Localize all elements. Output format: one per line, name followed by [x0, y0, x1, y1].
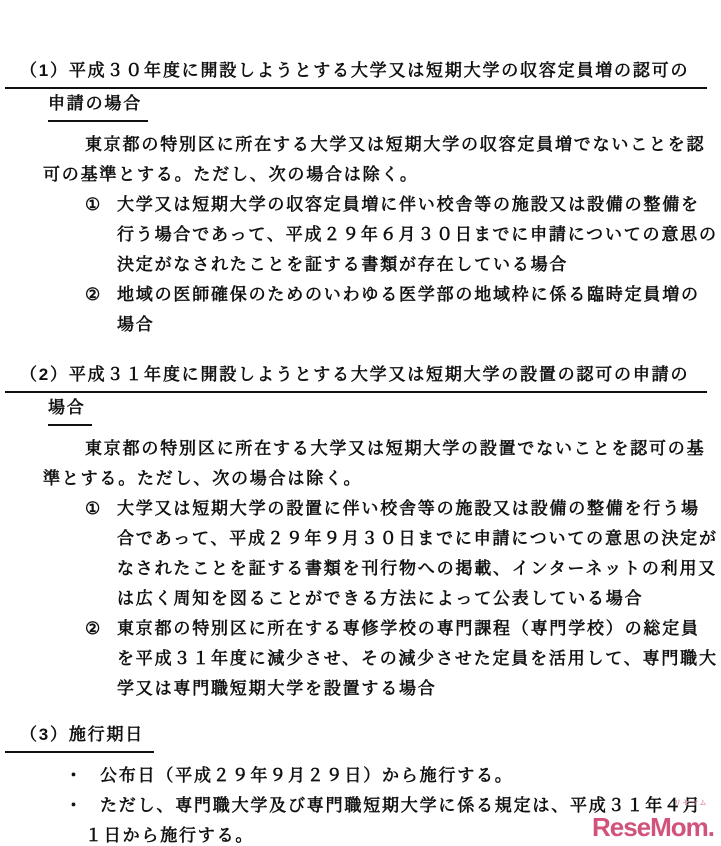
bullet-line: ・公布日（平成２９年９月２９日）から施行する。 — [65, 761, 713, 791]
circled-number-icon: ② — [85, 614, 117, 644]
section-2-number: （2） — [20, 365, 69, 384]
section-1-paragraph: 東京都の特別区に所在する大学又は短期大学の収容定員増でないことを認 可の基準とす… — [20, 130, 713, 190]
section-2-heading-text: 平成３１年度に開設しようとする大学又は短期大学の設置の認可の申請の — [69, 365, 689, 384]
list-item-line: ②地域の医師確保のためのいわゆる医学部の地域枠に係る臨時定員増の — [85, 280, 713, 310]
circled-number-icon: ① — [85, 494, 117, 524]
list-item-text: 大学又は短期大学の収容定員増に伴い校舎等の施設又は設備の整備を — [117, 195, 700, 214]
section-2: （2）平成３１年度に開設しようとする大学又は短期大学の設置の認可の申請の 場合 … — [20, 360, 713, 704]
section-3-heading-line-1: （3）施行期日 — [20, 720, 713, 753]
document-screenshot: （1）平成３０年度に開設しようとする大学又は短期大学の収容定員増の認可の 申請の… — [0, 0, 721, 846]
section-2-item-1: ①大学又は短期大学の設置に伴い校舎等の施設又は設備の整備を行う場 合であって、平… — [20, 494, 713, 614]
list-item-line: を平成３１年度に減少させ、その減少させた定員を活用して、専門職大 — [117, 644, 713, 674]
list-item-line: ①大学又は短期大学の設置に伴い校舎等の施設又は設備の整備を行う場 — [85, 494, 713, 524]
section-3-heading-underline: （3）施行期日 — [5, 723, 154, 753]
section-1-heading-text: 平成３０年度に開設しようとする大学又は短期大学の収容定員増の認可の — [69, 61, 689, 80]
resemom-logo: リセマム ReseMom. — [596, 798, 716, 840]
section-3-number: （3） — [20, 725, 69, 744]
bullet-dot-icon: ・ — [65, 791, 100, 821]
paragraph-line: 準とする。ただし、次の場合は除く。 — [43, 464, 713, 494]
section-1-item-1: ①大学又は短期大学の収容定員増に伴い校舎等の施設又は設備の整備を 行う場合であっ… — [20, 190, 713, 280]
list-item-line: 決定がなされたことを証する書類が存在している場合 — [117, 250, 713, 280]
section-1-heading-underline: （1）平成３０年度に開設しようとする大学又は短期大学の収容定員増の認可の — [5, 59, 707, 89]
resemom-logo-ruby-text: リセマム — [674, 800, 708, 807]
list-item-text: 大学又は短期大学の設置に伴い校舎等の施設又は設備の整備を行う場 — [117, 499, 700, 518]
list-item-line: は広く周知を図ることができる方法によって公表している場合 — [117, 584, 713, 614]
list-item-line: ②東京都の特別区に所在する専修学校の専門課程（専門学校）の総定員 — [85, 614, 713, 644]
section-2-paragraph: 東京都の特別区に所在する大学又は短期大学の設置でないことを認可の基 準とする。た… — [20, 434, 713, 494]
list-item-text: 東京都の特別区に所在する専修学校の専門課程（専門学校）の総定員 — [117, 619, 700, 638]
list-item-line: 合であって、平成２９年９月３０日までに申請についての意思の決定が — [117, 524, 713, 554]
section-2-heading-text-cont: 場合 — [48, 396, 92, 426]
section-2-heading-line-1: （2）平成３１年度に開設しようとする大学又は短期大学の設置の認可の申請の — [20, 360, 713, 393]
section-3-heading-text: 施行期日 — [69, 725, 144, 744]
bullet-dot-icon: ・ — [65, 761, 100, 791]
bullet-text: 公布日（平成２９年９月２９日）から施行する。 — [100, 766, 514, 785]
list-item-line: 学又は専門職短期大学を設置する場合 — [117, 674, 713, 704]
section-2-heading-underline: （2）平成３１年度に開設しようとする大学又は短期大学の設置の認可の申請の — [5, 363, 707, 393]
section-1-heading-line-1: （1）平成３０年度に開設しようとする大学又は短期大学の収容定員増の認可の — [20, 56, 713, 89]
section-2-item-2: ②東京都の特別区に所在する専修学校の専門課程（専門学校）の総定員 を平成３１年度… — [20, 614, 713, 704]
resemom-logo-text: ReseMom. — [592, 814, 714, 840]
circled-number-icon: ② — [85, 280, 117, 310]
list-item-line: ①大学又は短期大学の収容定員増に伴い校舎等の施設又は設備の整備を — [85, 190, 713, 220]
list-item-text: 地域の医師確保のためのいわゆる医学部の地域枠に係る臨時定員増の — [117, 285, 700, 304]
section-2-heading-line-2: 場合 — [48, 393, 713, 426]
document-body: （1）平成３０年度に開設しようとする大学又は短期大学の収容定員増の認可の 申請の… — [0, 0, 721, 846]
section-1-item-2: ②地域の医師確保のためのいわゆる医学部の地域枠に係る臨時定員増の 場合 — [20, 280, 713, 340]
section-1-heading-line-2: 申請の場合 — [48, 89, 713, 122]
list-item-line: 場合 — [117, 310, 713, 340]
list-item-line: 行う場合であって、平成２９年６月３０日までに申請についての意思の — [117, 220, 713, 250]
section-1-number: （1） — [20, 61, 69, 80]
paragraph-line: 東京都の特別区に所在する大学又は短期大学の設置でないことを認可の基 — [85, 434, 713, 464]
section-1-heading-text-cont: 申請の場合 — [48, 92, 148, 122]
section-1: （1）平成３０年度に開設しようとする大学又は短期大学の収容定員増の認可の 申請の… — [20, 56, 713, 340]
list-item-line: なされたことを証する書類を刊行物への掲載、インターネットの利用又 — [117, 554, 713, 584]
paragraph-line: 可の基準とする。ただし、次の場合は除く。 — [43, 160, 713, 190]
circled-number-icon: ① — [85, 190, 117, 220]
paragraph-line: 東京都の特別区に所在する大学又は短期大学の収容定員増でないことを認 — [85, 130, 713, 160]
